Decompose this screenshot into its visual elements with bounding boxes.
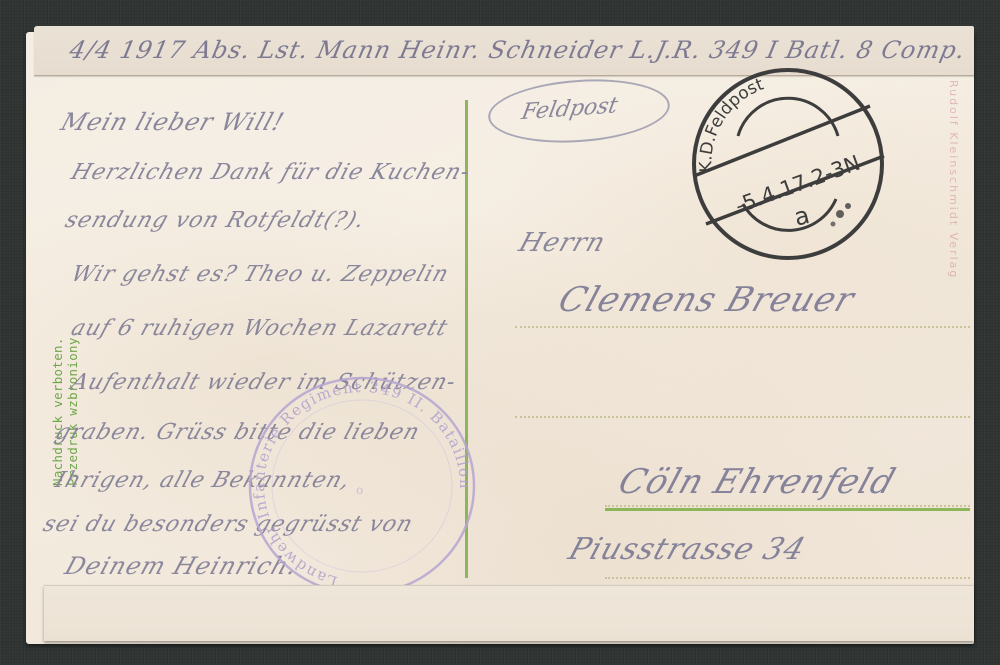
sender-header-text: 4/4 1917 Abs. Lst. Mann Heinr. Schneider… — [67, 36, 968, 64]
regiment-stamp: Landwehr Infanterie Regiment 349 II. Bat… — [246, 374, 478, 598]
message-line: Wir gehst es? Theo u. Zeppelin — [68, 262, 452, 287]
address-guide-line — [515, 326, 970, 328]
address-salutation: Herrn — [515, 228, 609, 258]
bottom-folded-strip — [44, 585, 974, 641]
address-guide-line — [605, 577, 970, 579]
message-line: Mein lieber Will! — [57, 108, 288, 136]
address-underline — [605, 508, 970, 511]
message-line: auf 6 ruhigen Wochen Lazarett — [68, 316, 451, 341]
printed-reprint-notice: Nachdruck verboten. Przedruk wzbroniony. — [50, 329, 80, 486]
notice-polish: Przedruk wzbroniony. — [65, 329, 80, 486]
notice-german: Nachdruck verboten. — [50, 329, 65, 486]
address-street: Piusstrasse 34 — [564, 532, 810, 567]
svg-text:a: a — [791, 201, 812, 232]
svg-text:o: o — [356, 483, 363, 497]
address-name: Clemens Breuer — [554, 280, 860, 320]
message-line: sendung von Rotfeldt(?). — [62, 208, 369, 233]
address-city: Cöln Ehrenfeld — [614, 462, 901, 502]
message-line: Herzlichen Dank für die Kuchen- — [68, 160, 474, 185]
feldpost-postmark: K.D.Feldpost -5.4.17.2-3N a — [688, 64, 888, 264]
feldpost-oval-text: Feldpost — [519, 93, 619, 125]
address-guide-line — [515, 416, 970, 418]
address-guide-line — [605, 505, 970, 507]
publisher-edge-print: Rudolf Kleinschmidt Verlag — [947, 80, 960, 279]
